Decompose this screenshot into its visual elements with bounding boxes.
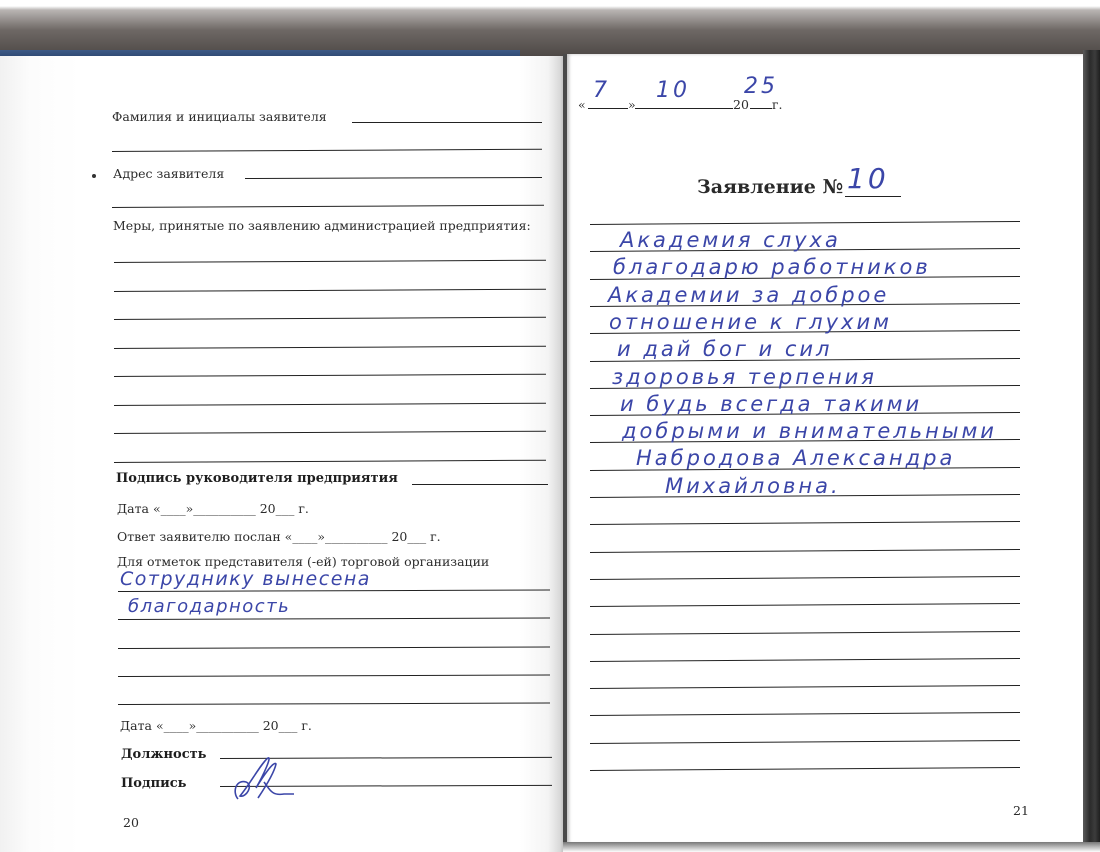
bullet-icon	[92, 174, 96, 178]
reply-sent-line: Ответ заявителю послан «____»__________ …	[117, 529, 441, 544]
application-body-handwritten-line: и будь всегда такими	[620, 392, 922, 416]
date-day-handwritten: 7	[593, 78, 610, 103]
application-body-handwritten-line: Набродова Александра	[636, 446, 955, 470]
application-body-handwritten-line: отношение к глухим	[609, 310, 892, 334]
application-body-handwritten-line: Михайловна.	[665, 474, 841, 498]
application-body-handwritten-line: и дай бог и сил	[617, 337, 832, 361]
date-year-prefix: 20	[733, 97, 749, 112]
applicant-name-field[interactable]	[352, 122, 542, 123]
date-month-field[interactable]	[635, 108, 733, 109]
date-open-quote: «	[578, 97, 586, 112]
application-body-handwritten-line: здоровья терпения	[612, 365, 877, 389]
application-body-handwritten-line: Академии за доброе	[608, 283, 889, 307]
application-title: Заявление №	[697, 176, 843, 198]
application-number-handwritten: 10	[847, 162, 889, 195]
page-bottom-shadow	[563, 842, 1100, 852]
applicant-name-label: Фамилия и инициалы заявителя	[112, 109, 327, 124]
manager-signature-label: Подпись руководителя предприятия	[116, 471, 398, 486]
date-year-field[interactable]	[750, 108, 772, 109]
application-body-handwritten-line: добрыми и внимательными	[622, 419, 997, 443]
date-close-quote: »	[628, 97, 636, 112]
page-number-left: 20	[123, 815, 139, 830]
application-number-field[interactable]	[845, 196, 901, 197]
address-label: Адрес заявителя	[113, 166, 224, 181]
date-year-label: г.	[772, 97, 783, 112]
org-rep-note-handwritten-1: Сотруднику вынесена	[120, 568, 371, 590]
position-label: Должность	[121, 747, 207, 762]
date-year-handwritten: 25	[744, 74, 778, 99]
manager-signature-field[interactable]	[412, 484, 548, 485]
org-rep-note-handwritten-2: благодарность	[128, 596, 290, 617]
signature-scribble-icon	[228, 754, 298, 804]
measures-label: Меры, принятые по заявлению администраци…	[113, 218, 531, 233]
book-right-edge	[1083, 50, 1100, 852]
application-body-handwritten-line: Академия слуха	[620, 228, 841, 252]
org-rep-notes-label: Для отметок представителя (-ей) торговой…	[117, 554, 489, 569]
page-number-right: 21	[1013, 803, 1029, 818]
final-date-line: Дата «____»__________ 20___ г.	[120, 718, 312, 733]
signature-label: Подпись	[121, 776, 187, 791]
date-month-handwritten: 10	[656, 78, 690, 103]
application-body-handwritten-line: благодарю работников	[613, 255, 931, 279]
date-day-field[interactable]	[588, 108, 628, 109]
date-line: Дата «____»__________ 20___ г.	[117, 501, 309, 516]
